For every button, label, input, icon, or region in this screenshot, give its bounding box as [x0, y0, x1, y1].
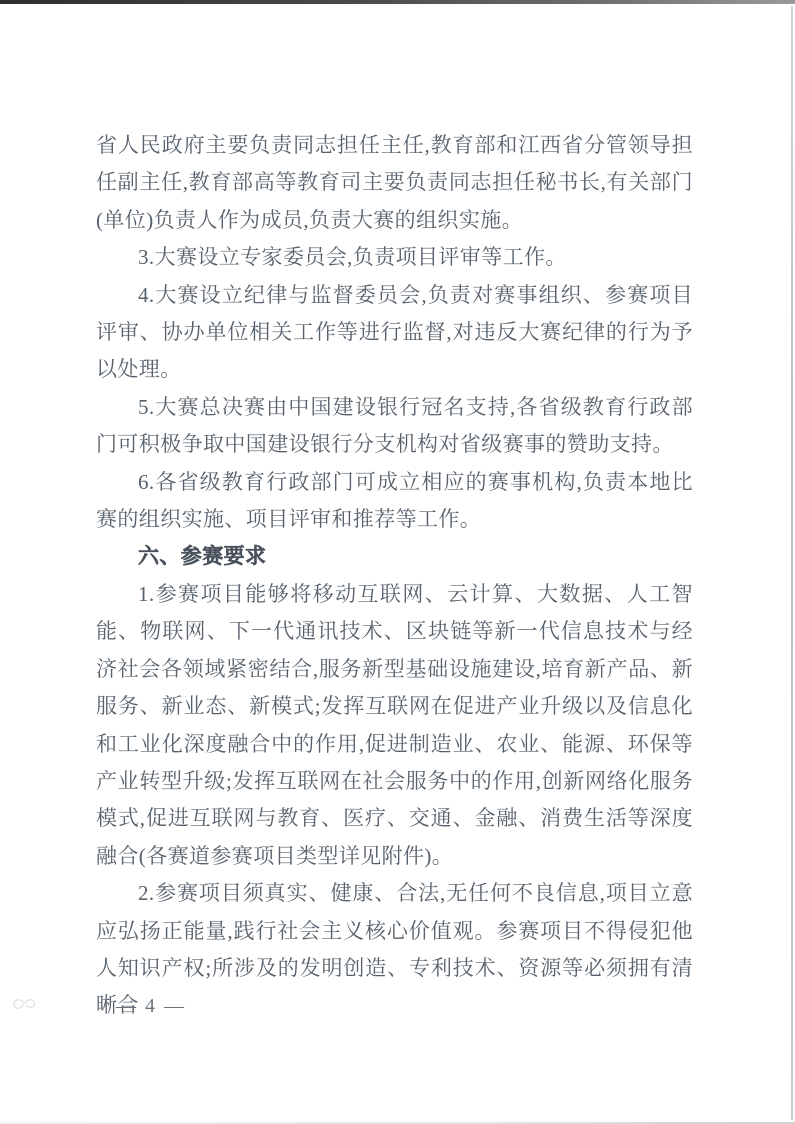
pencil-mark-artifact [10, 992, 52, 1022]
paragraph-item-4: 4.大赛设立纪律与监督委员会,负责对赛事组织、参赛项目评审、协办单位相关工作等进… [96, 277, 693, 389]
scan-top-edge-artifact [0, 0, 795, 4]
document-page-body: 省人民政府主要负责同志担任主任,教育部和江西省分管领导担任副主任,教育部高等教育… [96, 127, 693, 1025]
paragraph-item-6: 6.各省级教育行政部门可成立相应的赛事机构,负责本地比赛的组织实施、项目评审和推… [96, 464, 693, 539]
paragraph-continued: 省人民政府主要负责同志担任主任,教育部和江西省分管领导担任副主任,教育部高等教育… [96, 127, 693, 239]
paragraph-item-5: 5.大赛总决赛由中国建设银行冠名支持,各省级教育行政部门可积极争取中国建设银行分… [96, 389, 693, 464]
paragraph-item-3: 3.大赛设立专家委员会,负责项目评审等工作。 [96, 239, 693, 276]
page-number: — 4 — [106, 994, 196, 1018]
section-heading-entry-requirements: 六、参赛要求 [96, 538, 693, 575]
scan-right-edge-artifact [791, 6, 793, 1120]
paragraph-requirement-1: 1.参赛项目能够将移动互联网、云计算、大数据、人工智能、物联网、下一代通讯技术、… [96, 576, 693, 875]
